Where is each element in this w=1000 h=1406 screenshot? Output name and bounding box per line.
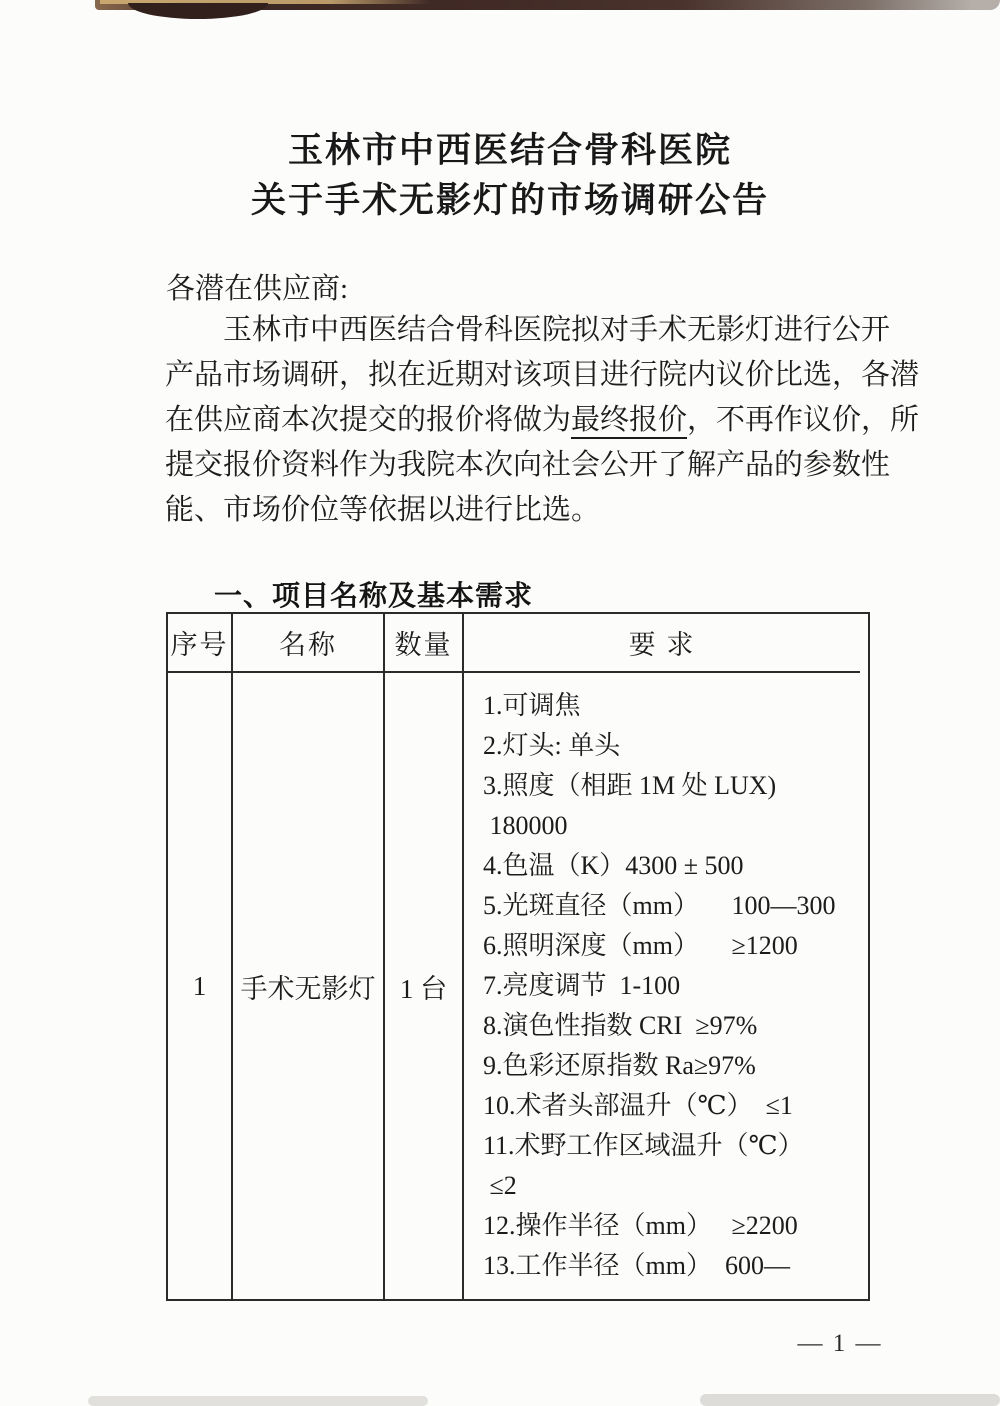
paragraph-line: 玉林市中西医结合骨科医院拟对手术无影灯进行公开	[165, 308, 865, 353]
requirement-item: 1.可调焦	[483, 686, 854, 726]
row-name-cell: 手术无影灯	[233, 673, 385, 1299]
table-header-index: 序号	[168, 614, 233, 673]
paragraph-text: ，不再作议价，所	[687, 404, 919, 436]
row-quantity-cell: 1 台	[385, 673, 464, 1299]
table-header-requirements: 要 求	[464, 614, 860, 673]
requirement-item: ≤2	[483, 1166, 854, 1206]
scan-smudge-bottom-right	[700, 1394, 1000, 1406]
requirement-item: 13.工作半径（mm） 600—	[483, 1246, 854, 1286]
paragraph-line: 产品市场调研，拟在近期对该项目进行院内议价比选，各潜	[165, 353, 865, 398]
requirement-item: 10.术者头部温升（℃） ≤1	[483, 1086, 854, 1126]
requirement-item: 4.色温（K）4300 ± 500	[483, 846, 854, 886]
paragraph-line: 在供应商本次提交的报价将做为最终报价，不再作议价，所	[165, 398, 865, 443]
table-header-quantity: 数量	[385, 614, 464, 673]
section-heading: 一、项目名称及基本需求	[214, 574, 533, 614]
requirement-item: 7.亮度调节 1-100	[483, 966, 854, 1006]
requirement-item: 180000	[483, 806, 854, 846]
body-paragraph: 玉林市中西医结合骨科医院拟对手术无影灯进行公开 产品市场调研，拟在近期对该项目进…	[165, 308, 865, 533]
document-title: 玉林市中西医结合骨科医院 关于手术无影灯的市场调研公告	[160, 126, 860, 226]
scan-smudge-bottom-left	[88, 1396, 428, 1406]
requirement-item: 11.术野工作区域温升（℃）	[483, 1126, 854, 1166]
salutation: 各潜在供应商:	[166, 266, 348, 307]
title-line-2: 关于手术无影灯的市场调研公告	[160, 176, 860, 226]
paragraph-line: 能、市场价位等依据以进行比选。	[165, 488, 865, 533]
requirement-item: 12.操作半径（mm） ≥2200	[483, 1206, 854, 1246]
requirement-item: 3.照度（相距 1M 处 LUX)	[483, 766, 854, 806]
table-header-name: 名称	[233, 614, 385, 673]
document-page: 玉林市中西医结合骨科医院 关于手术无影灯的市场调研公告 各潜在供应商: 玉林市中…	[0, 0, 1000, 1406]
requirement-item: 5.光斑直径（mm） 100—300	[483, 886, 854, 926]
title-line-1: 玉林市中西医结合骨科医院	[160, 126, 860, 176]
requirements-table: 序号 名称 数量 要 求 1 手术无影灯 1 台 1.可调焦 2.灯头: 单头 …	[166, 612, 870, 1301]
paragraph-line: 提交报价资料作为我院本次向社会公开了解产品的参数性	[165, 443, 865, 488]
requirement-item: 9.色彩还原指数 Ra≥97%	[483, 1046, 854, 1086]
underlined-final-quote-text: 最终报价	[571, 404, 687, 439]
row-index-cell: 1	[168, 673, 233, 1299]
requirement-item: 2.灯头: 单头	[483, 726, 854, 766]
page-number: — 1 —	[780, 1330, 900, 1358]
row-requirements-cell: 1.可调焦 2.灯头: 单头 3.照度（相距 1M 处 LUX) 180000 …	[464, 673, 860, 1299]
paragraph-text: 在供应商本次提交的报价将做为	[165, 404, 571, 436]
scan-edge-blob	[128, 3, 268, 19]
requirement-item: 8.演色性指数 CRI ≥97%	[483, 1006, 854, 1046]
requirement-item: 6.照明深度（mm） ≥1200	[483, 926, 854, 966]
